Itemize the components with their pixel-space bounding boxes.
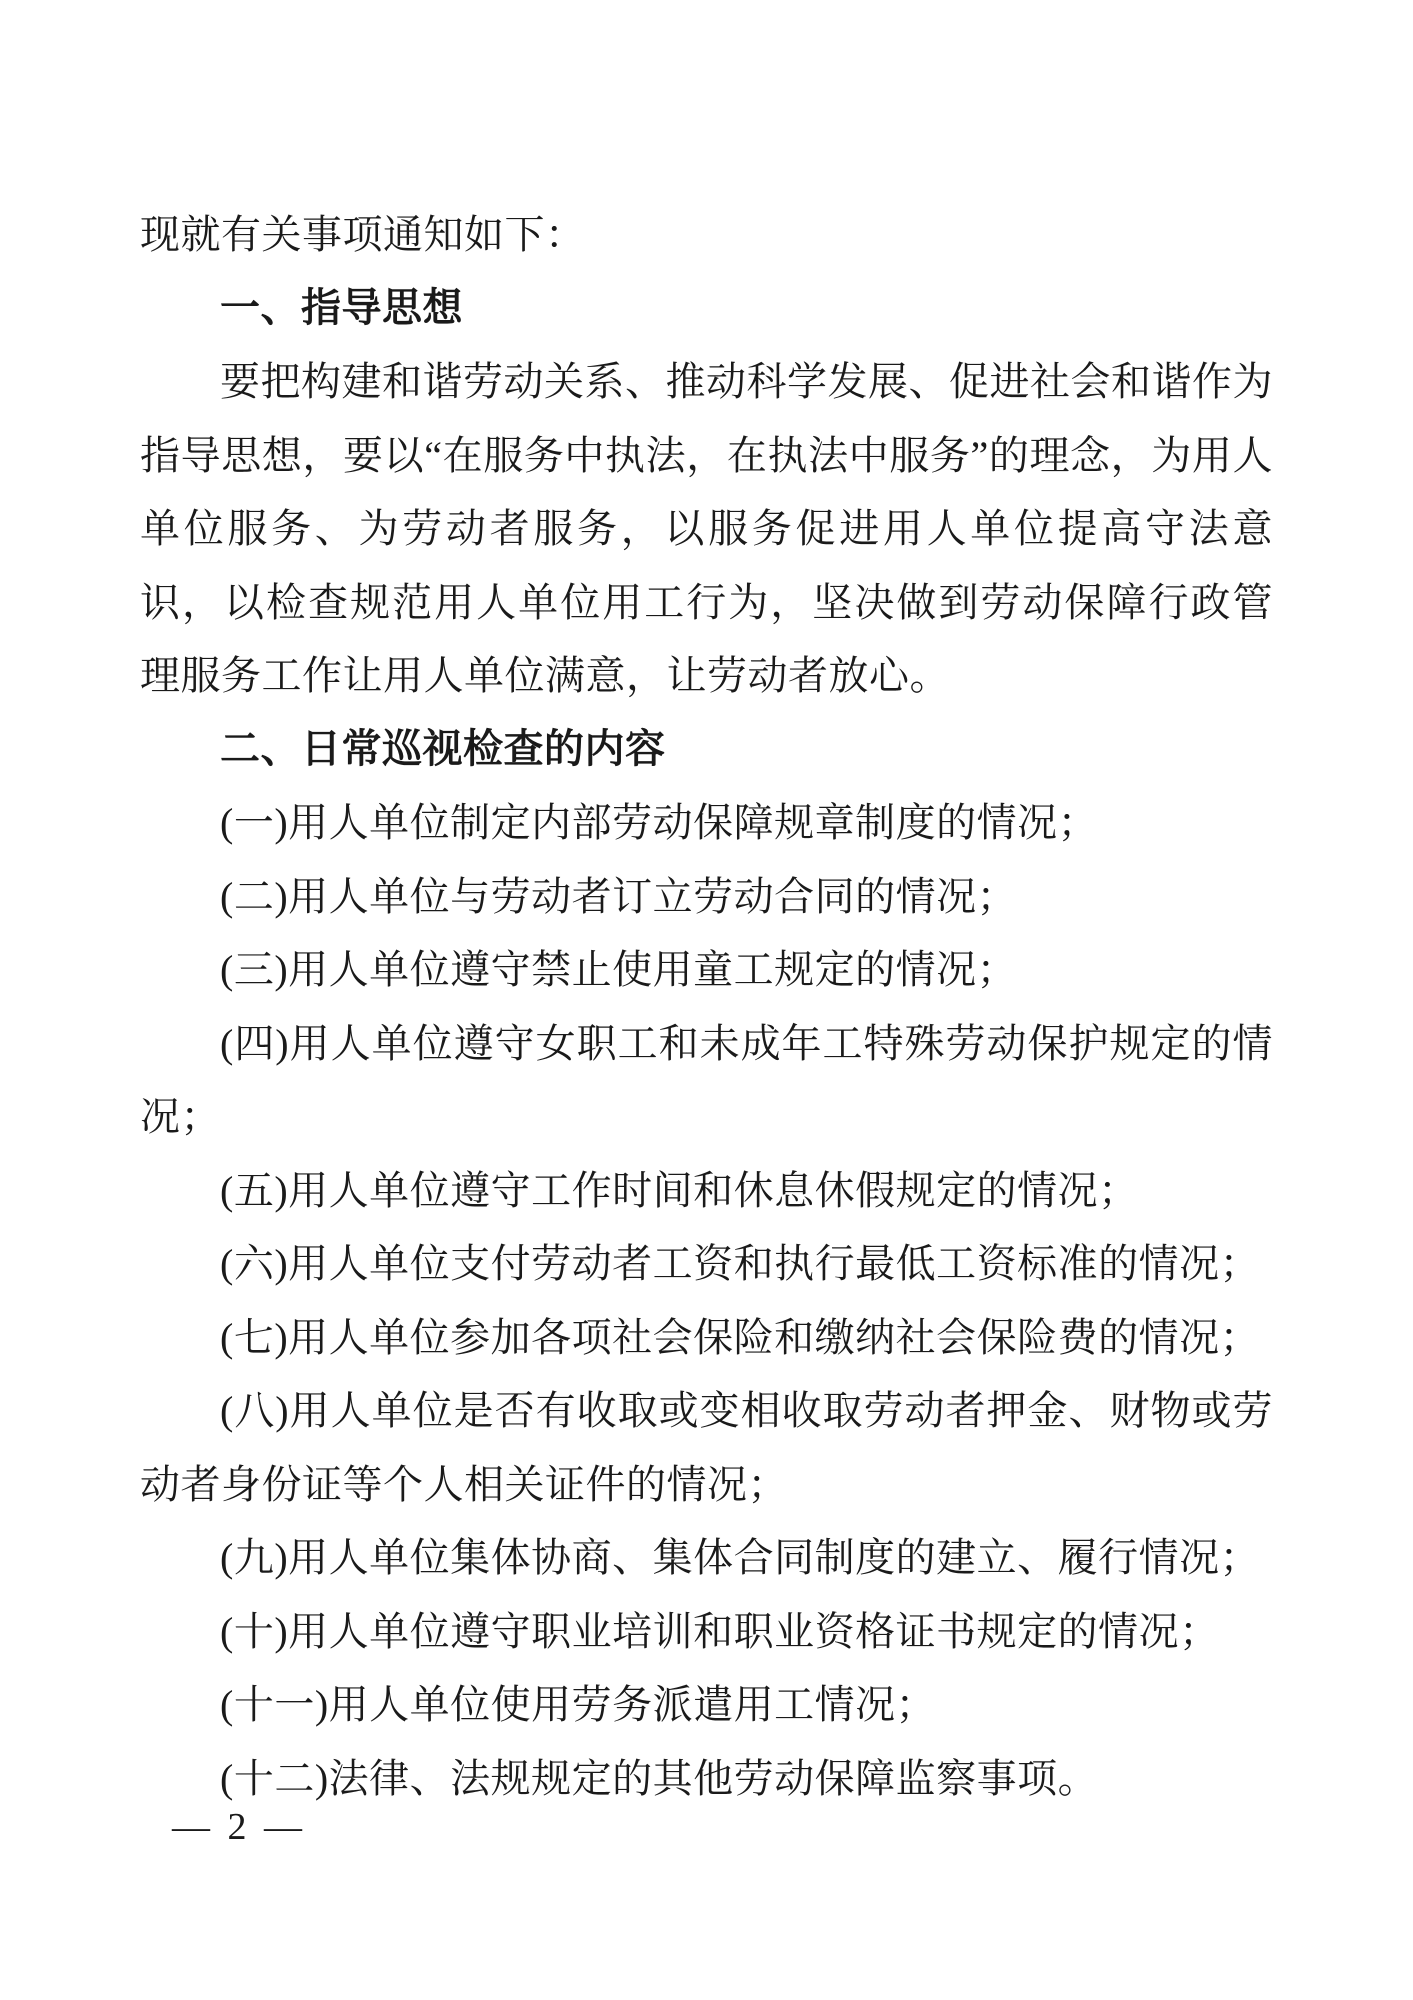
page-number: — 2 — bbox=[172, 1806, 306, 1848]
document-body: 现就有关事项通知如下：一、指导思想要把构建和谐劳动关系、推动科学发展、促进社会和… bbox=[140, 198, 1273, 1815]
document-paragraph: (三)用人单位遵守禁止使用童工规定的情况； bbox=[140, 933, 1273, 1007]
document-paragraph: 现就有关事项通知如下： bbox=[140, 198, 1273, 272]
document-heading: 二、日常巡视检查的内容 bbox=[140, 713, 1273, 787]
document-page: 现就有关事项通知如下：一、指导思想要把构建和谐劳动关系、推动科学发展、促进社会和… bbox=[0, 0, 1413, 2000]
document-heading: 一、指导思想 bbox=[140, 272, 1273, 346]
document-paragraph: (十)用人单位遵守职业培训和职业资格证书规定的情况； bbox=[140, 1595, 1273, 1669]
document-paragraph: (七)用人单位参加各项社会保险和缴纳社会保险费的情况； bbox=[140, 1301, 1273, 1375]
document-paragraph: (十一)用人单位使用劳务派遣用工情况； bbox=[140, 1668, 1273, 1742]
document-paragraph: (四)用人单位遵守女职工和未成年工特殊劳动保护规定的情况； bbox=[140, 1007, 1273, 1154]
document-paragraph: (九)用人单位集体协商、集体合同制度的建立、履行情况； bbox=[140, 1521, 1273, 1595]
document-paragraph: (五)用人单位遵守工作时间和休息休假规定的情况； bbox=[140, 1154, 1273, 1228]
document-paragraph: (八)用人单位是否有收取或变相收取劳动者押金、财物或劳动者身份证等个人相关证件的… bbox=[140, 1374, 1273, 1521]
document-paragraph: (十二)法律、法规规定的其他劳动保障监察事项。 bbox=[140, 1742, 1273, 1816]
document-paragraph: (二)用人单位与劳动者订立劳动合同的情况； bbox=[140, 860, 1273, 934]
document-paragraph: (六)用人单位支付劳动者工资和执行最低工资标准的情况； bbox=[140, 1227, 1273, 1301]
document-paragraph: (一)用人单位制定内部劳动保障规章制度的情况； bbox=[140, 786, 1273, 860]
document-paragraph: 要把构建和谐劳动关系、推动科学发展、促进社会和谐作为指导思想，要以“在服务中执法… bbox=[140, 345, 1273, 713]
